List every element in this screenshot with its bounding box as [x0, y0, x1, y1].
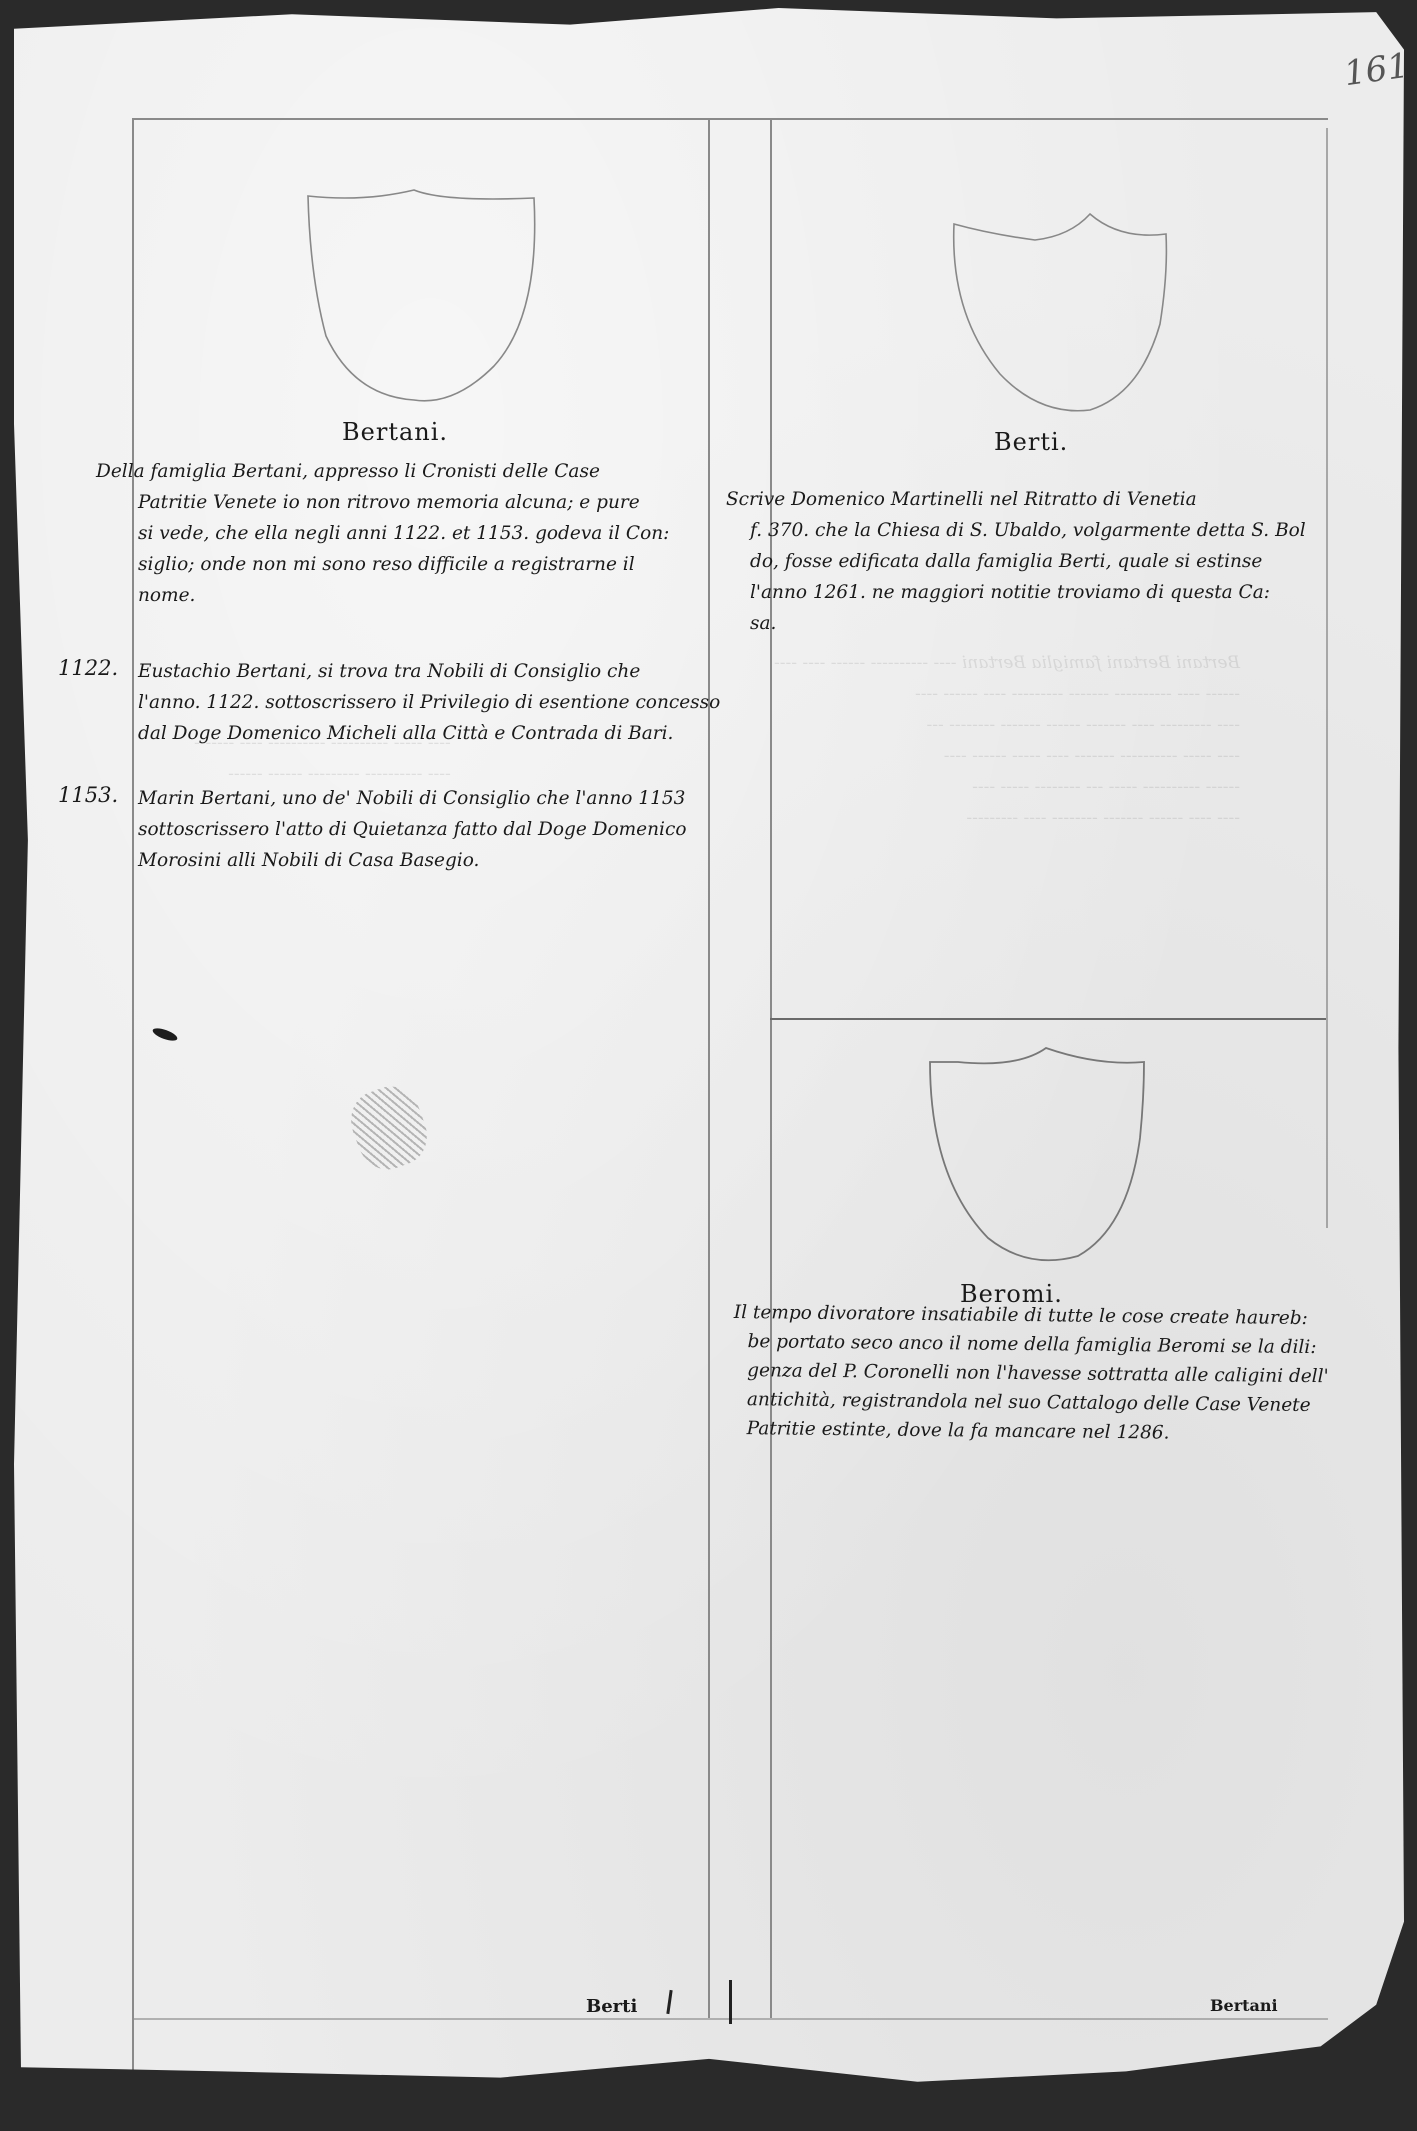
- frame-top-rule: [132, 118, 1328, 120]
- beromi-paragraph: Il tempo divoratore insatiabile di tutte…: [732, 1298, 1329, 1449]
- column-divider-left: [708, 118, 710, 2018]
- berti-paragraph: Scrive Domenico Martinelli nel Ritratto …: [726, 484, 1306, 639]
- text-line: Patritie Venete io non ritrovo memoria a…: [96, 487, 669, 518]
- section-divider: [770, 1018, 1326, 1020]
- text-line: l'anno. 1122. sottoscrissero il Privileg…: [138, 687, 720, 718]
- manuscript-page: Bertani Bertani famiglia Bertani ---- --…: [14, 8, 1404, 2088]
- text-line: Della famiglia Bertani, appresso li Cron…: [96, 456, 669, 487]
- text-line: si vede, che ella negli anni 1122. et 11…: [96, 518, 669, 549]
- coat-of-arms-shield-berti: [940, 204, 1176, 426]
- text-line: siglio; onde non mi sono reso difficile …: [96, 549, 669, 580]
- text-line: nome.: [96, 580, 669, 611]
- text-line: Eustachio Bertani, si trova tra Nobili d…: [138, 656, 720, 687]
- text-line: f. 370. che la Chiesa di S. Ubaldo, volg…: [726, 515, 1306, 546]
- family-heading-bertani: Bertani.: [342, 418, 448, 446]
- column-divider-right: [770, 118, 772, 2018]
- folio-number: 161: [1342, 46, 1412, 95]
- coat-of-arms-shield-beromi: [918, 1038, 1154, 1270]
- catchword-left: Berti: [586, 1996, 637, 2017]
- text-line: Scrive Domenico Martinelli nel Ritratto …: [726, 484, 1306, 515]
- entry-year: 1122.: [58, 656, 118, 680]
- coat-of-arms-shield-bertani: [304, 186, 544, 406]
- catchword-right: Bertani: [1210, 1996, 1278, 2015]
- shield-icon: [940, 204, 1176, 426]
- frame-right-rule: [1326, 128, 1328, 1228]
- text-line: dal Doge Domenico Micheli alla Città e C…: [138, 718, 720, 749]
- binding-mark: [729, 1980, 732, 2024]
- frame-left-rule: [132, 118, 134, 2118]
- text-line: l'anno 1261. ne maggiori notitie troviam…: [726, 577, 1306, 608]
- ink-blot: [151, 1026, 179, 1043]
- entry-eustachio-bertani: Eustachio Bertani, si trova tra Nobili d…: [138, 656, 720, 749]
- bertani-intro-paragraph: Della famiglia Bertani, appresso li Cron…: [96, 456, 669, 611]
- text-line: sa.: [726, 608, 1306, 639]
- text-line: Marin Bertani, uno de' Nobili di Consigl…: [138, 783, 686, 814]
- text-line: do, fosse edificata dalla famiglia Berti…: [726, 546, 1306, 577]
- family-heading-berti: Berti.: [994, 428, 1068, 456]
- entry-year: 1153.: [58, 783, 118, 807]
- binding-mark: [666, 1990, 672, 2014]
- bleed-through-text: Bertani Bertani famiglia Bertani ---- --…: [774, 648, 1240, 834]
- shield-icon: [304, 186, 544, 406]
- pencil-smudge: [342, 1078, 435, 1177]
- text-line: Morosini alli Nobili di Casa Basegio.: [138, 845, 686, 876]
- entry-marin-bertani: Marin Bertani, uno de' Nobili di Consigl…: [138, 783, 686, 876]
- text-line: sottoscrissero l'atto di Quietanza fatto…: [138, 814, 686, 845]
- shield-icon: [918, 1038, 1154, 1270]
